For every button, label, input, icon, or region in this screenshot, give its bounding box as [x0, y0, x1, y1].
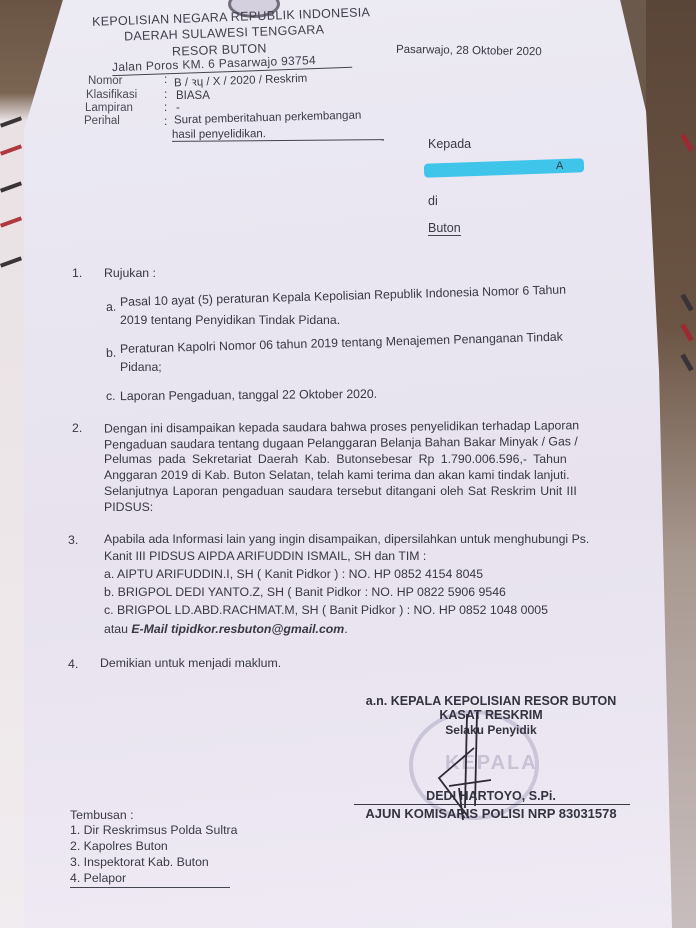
signature-on-behalf: a.n. KEPALA KEPOLISIAN RESOR BUTON — [346, 694, 636, 708]
tembusan-item: 2. Kapolres Buton — [70, 839, 168, 855]
signatory-rank: AJUN KOMISARIS POLISI NRP 83031578 — [346, 806, 636, 821]
email-line: atau E-Mail tipidkor.resbuton@gmail.com. — [104, 622, 348, 638]
fabric-stripe — [0, 256, 22, 267]
contact-item: b. BRIGPOL DEDI YANTO.Z, SH ( Banit Pidk… — [104, 585, 506, 601]
point-1-title: Rujukan : — [104, 266, 156, 282]
klasifikasi-label: Klasifikasi — [86, 89, 137, 101]
lampiran-value: - — [176, 102, 180, 114]
contact-item: a. AIPTU ARIFUDDIN.I, SH ( Kanit Pidkor … — [104, 567, 483, 583]
contact-item: c. BRIGPOL LD.ABD.RACHMAT.M, SH ( Banit … — [104, 603, 548, 619]
point-2-number: 2. — [72, 421, 82, 437]
point-3-line1: Apabila ada Informasi lain yang ingin di… — [104, 532, 589, 548]
perihal-value-line2: hasil penyelidikan. — [172, 127, 384, 142]
fabric-stripe — [680, 353, 693, 371]
point-1a-line1: Pasal 10 ayat (5) peraturan Kepala Kepol… — [120, 283, 566, 311]
lampiran-label: Lampiran — [85, 102, 133, 114]
klasifikasi-value: BIASA — [176, 90, 210, 102]
point-2-line: Pengaduan saudara tentang dugaan Pelangg… — [104, 434, 578, 453]
email-suffix: . — [344, 622, 347, 636]
signature-divider — [354, 804, 630, 805]
nomor-value: B / ꝛɥ / X / 2020 / Reskrim — [174, 71, 308, 91]
separator: : — [164, 89, 167, 101]
di-label: di — [428, 194, 438, 208]
perihal-label: Perihal — [84, 115, 120, 127]
fabric-stripe — [680, 293, 693, 311]
point-1c-line1: Laporan Pengaduan, tanggal 22 Oktober 20… — [120, 387, 377, 405]
place-date: Pasarwajo, 28 Oktober 2020 — [396, 44, 542, 59]
point-2-line: Pelumas pada Sekretariat Daerah Kab. But… — [104, 452, 567, 468]
separator: : — [164, 116, 167, 128]
fabric-stripe — [0, 181, 22, 192]
nomor-label: Nomor — [88, 75, 123, 87]
fabric-stripe — [0, 216, 22, 227]
point-4-text: Demikian untuk menjadi maklum. — [100, 656, 281, 672]
tembusan-item: 4. Pelapor — [70, 871, 230, 888]
point-1b-letter: b. — [106, 346, 117, 362]
point-1a-letter: a. — [106, 300, 117, 316]
signatory-name: DEDI HARTOYO, S.Pi. — [346, 789, 636, 803]
tembusan-item: 3. Inspektorat Kab. Buton — [70, 855, 209, 871]
point-1b-line1: Peraturan Kapolri Nomor 06 tahun 2019 te… — [120, 330, 563, 358]
email-address[interactable]: tipidkor.resbuton@gmail.com — [171, 622, 344, 636]
tembusan-item: 1. Dir Reskrimsus Polda Sultra — [70, 823, 237, 839]
point-1c-letter: c. — [106, 389, 116, 405]
point-3-number: 3. — [68, 533, 78, 549]
recipient-name-tail: A — [556, 160, 563, 172]
point-2-line: PIDSUS: — [104, 500, 153, 516]
point-1b-line2: Pidana; — [120, 360, 162, 376]
point-1a-line2: 2019 tentang Penyidikan Tindak Pidana. — [120, 313, 340, 329]
kepada-label: Kepada — [428, 137, 471, 151]
recipient-place: Buton — [428, 221, 461, 236]
letter-document: KEPOLISIAN NEGARA REPUBLIK INDONESIA DAE… — [24, 0, 672, 928]
fabric-stripe — [0, 144, 22, 155]
point-3-line2: Kanit III PIDSUS AIPDA ARIFUDDIN ISMAIL,… — [104, 549, 426, 565]
separator: : — [164, 102, 167, 114]
fabric-stripe — [680, 323, 693, 341]
point-1-number: 1. — [72, 266, 82, 282]
email-prefix: atau — [104, 622, 131, 636]
perihal-value-line1: Surat pemberitahuan perkembangan — [174, 110, 362, 127]
point-2-line: Anggaran 2019 di Kab. Buton Selatan, tel… — [104, 468, 570, 484]
fabric-stripe — [0, 116, 22, 127]
separator: : — [164, 74, 167, 86]
point-2-line: Selanjutnya Laporan pengaduan saudara te… — [104, 484, 577, 500]
fabric-stripe — [680, 133, 693, 151]
email-label: E-Mail — [131, 622, 167, 636]
tembusan-title: Tembusan : — [70, 808, 134, 824]
point-4-number: 4. — [68, 657, 78, 673]
